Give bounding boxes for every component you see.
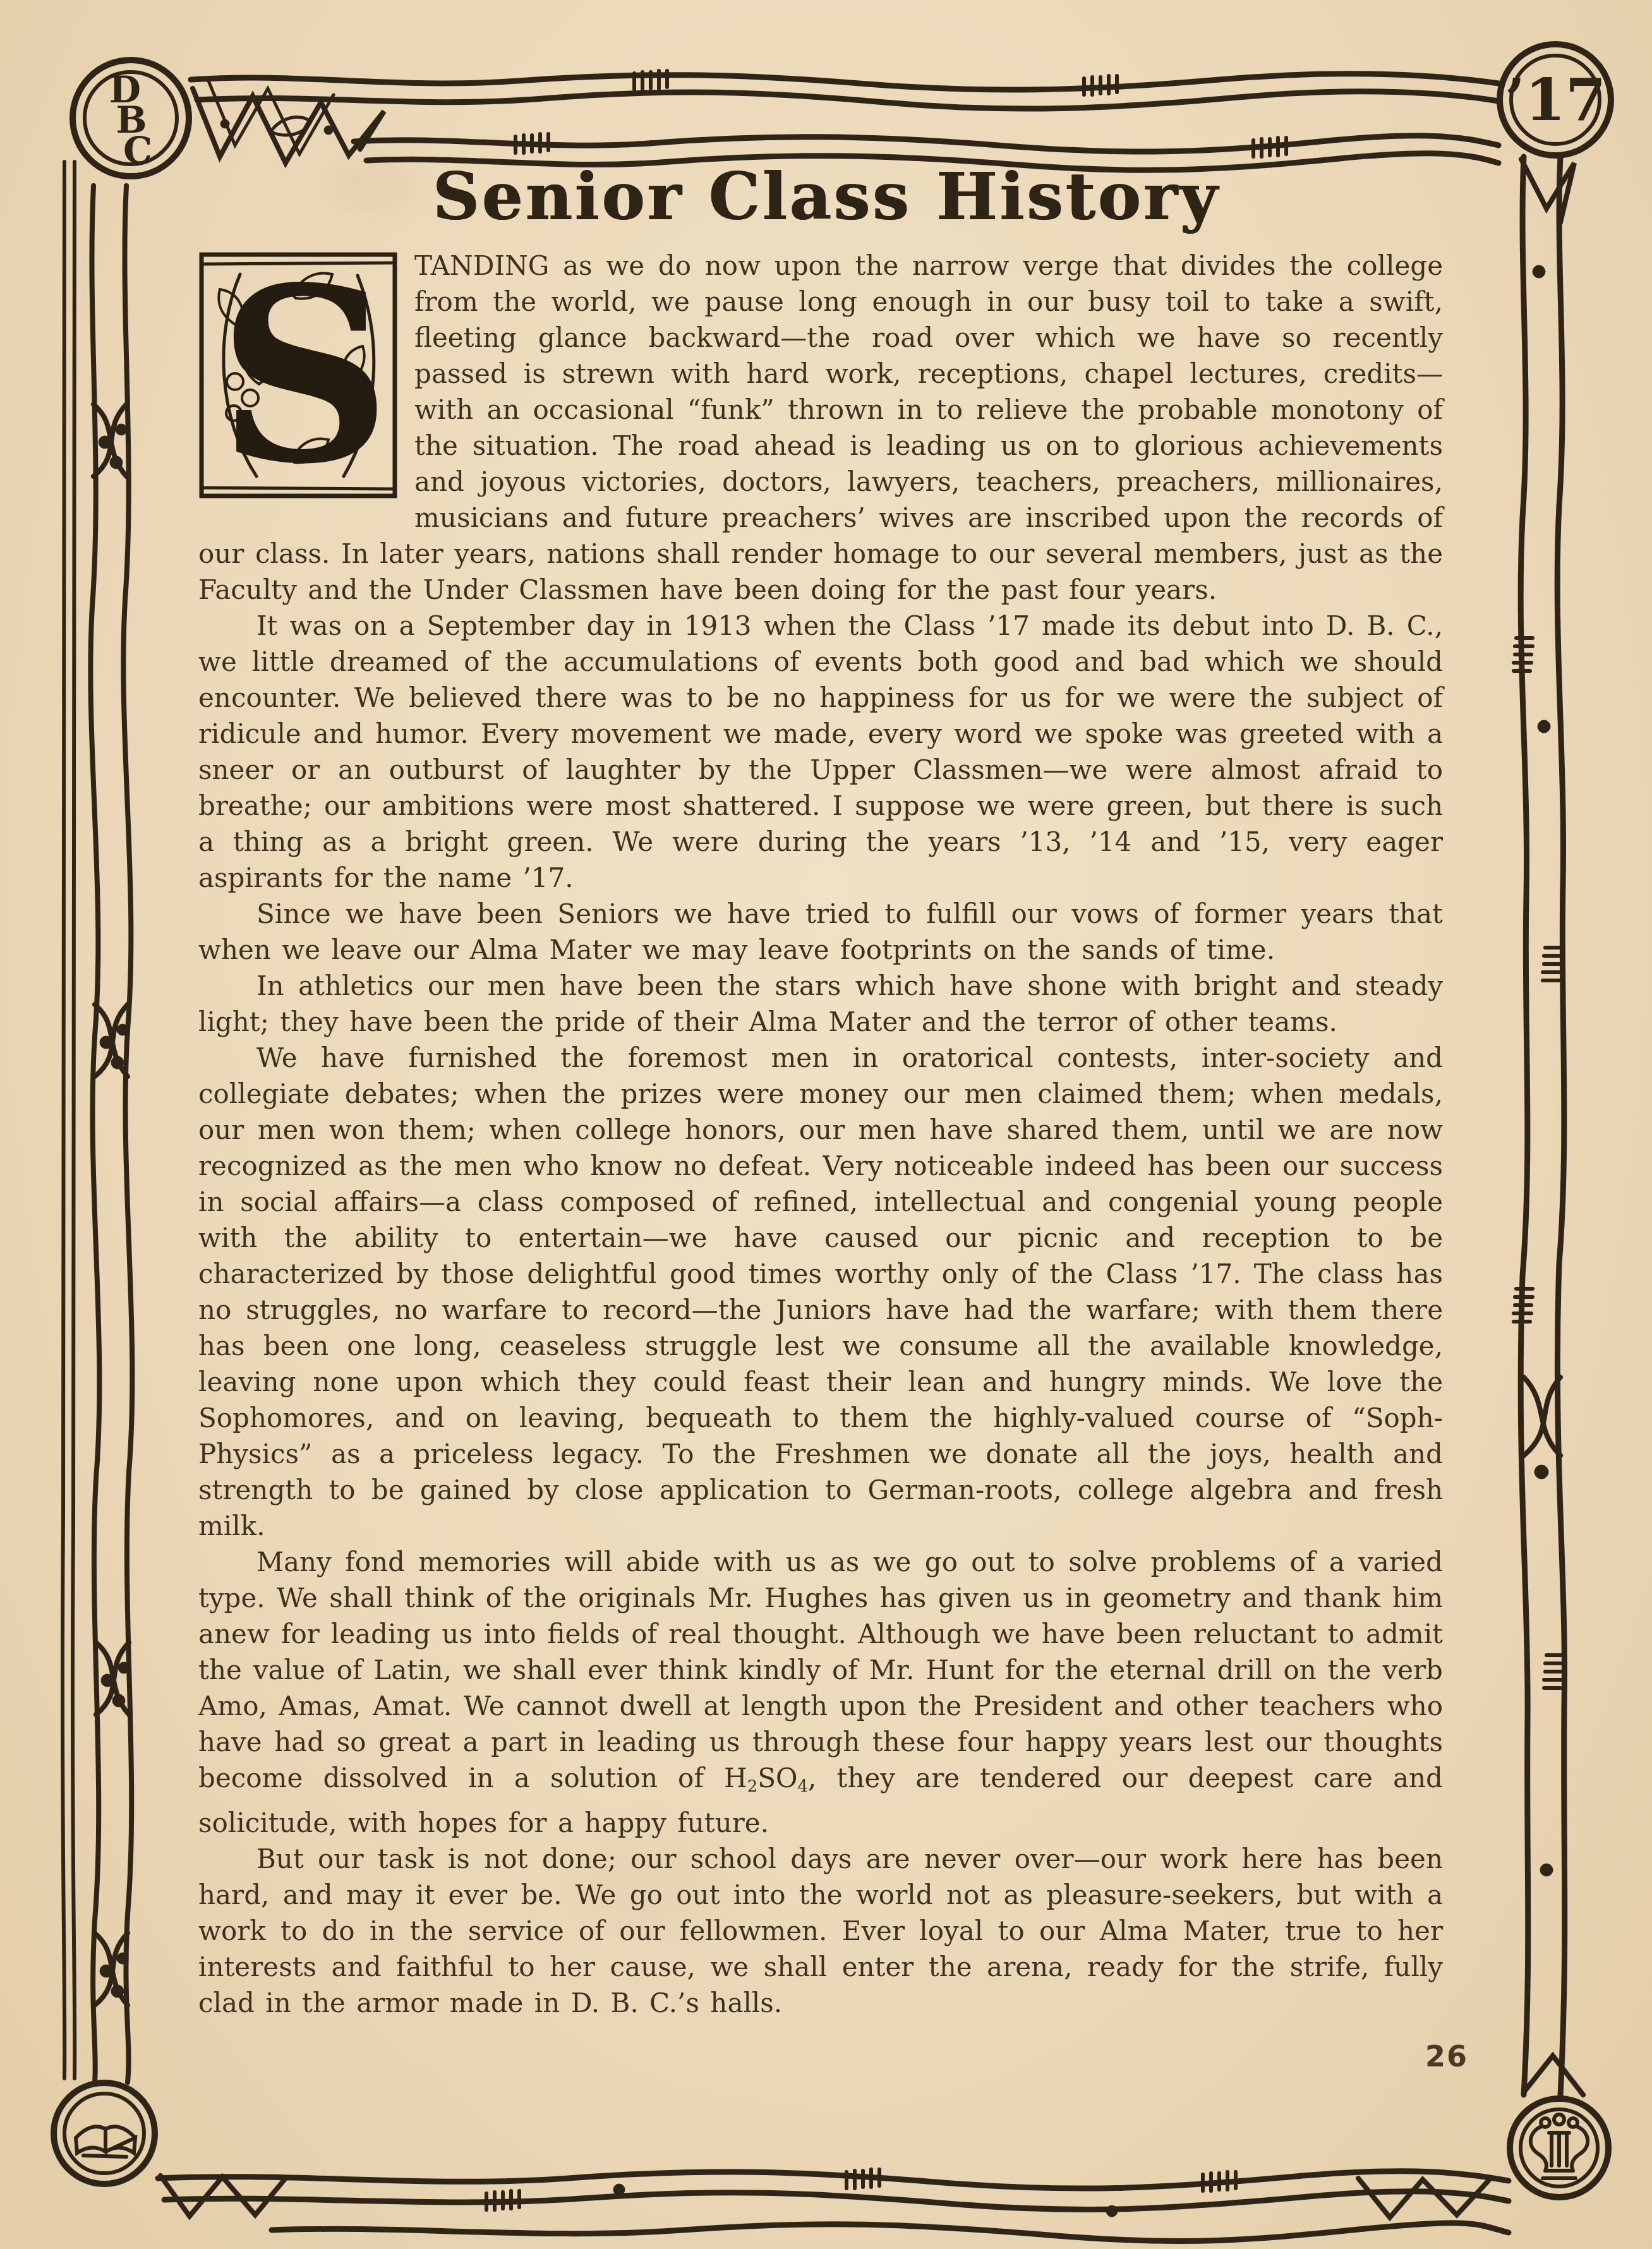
dropcap-initial: S	[198, 251, 398, 499]
paragraph: But our task is not done; our school day…	[198, 1841, 1443, 2021]
open-book-icon	[76, 2126, 135, 2157]
open-book-badge	[54, 2083, 155, 2184]
bottom-border	[158, 2056, 1583, 2241]
paragraph: In athletics our men have been the stars…	[198, 968, 1443, 1040]
class-year-badge: ’17	[1500, 44, 1611, 155]
lyre-icon	[1531, 2114, 1588, 2178]
paragraph: S TANDING as we do now upon the narrow v…	[198, 248, 1443, 608]
chemical-formula: H2SO4	[724, 1763, 808, 1794]
lyre-badge	[1510, 2099, 1608, 2197]
paragraph: Many fond memories will abide with us as…	[198, 1544, 1443, 1841]
page-number: 26	[1425, 2039, 1468, 2073]
right-border	[1514, 157, 1574, 2095]
paragraph: We have furnished the foremost men in or…	[198, 1040, 1443, 1544]
article-body: S TANDING as we do now upon the narrow v…	[198, 248, 1443, 2021]
paragraph: It was on a September day in 1913 when t…	[198, 608, 1443, 896]
page-title: Senior Class History	[0, 159, 1652, 235]
top-border	[191, 71, 1498, 170]
dropcap-letter: S	[218, 251, 391, 499]
paragraph-text: Many fond memories will abide with us as…	[198, 1547, 1443, 1794]
paragraph: Since we have been Seniors we have tried…	[198, 896, 1443, 968]
class-year-label: ’17	[1505, 66, 1606, 134]
yearbook-page: D B C ’17	[0, 0, 1652, 2249]
left-border	[63, 162, 133, 2082]
